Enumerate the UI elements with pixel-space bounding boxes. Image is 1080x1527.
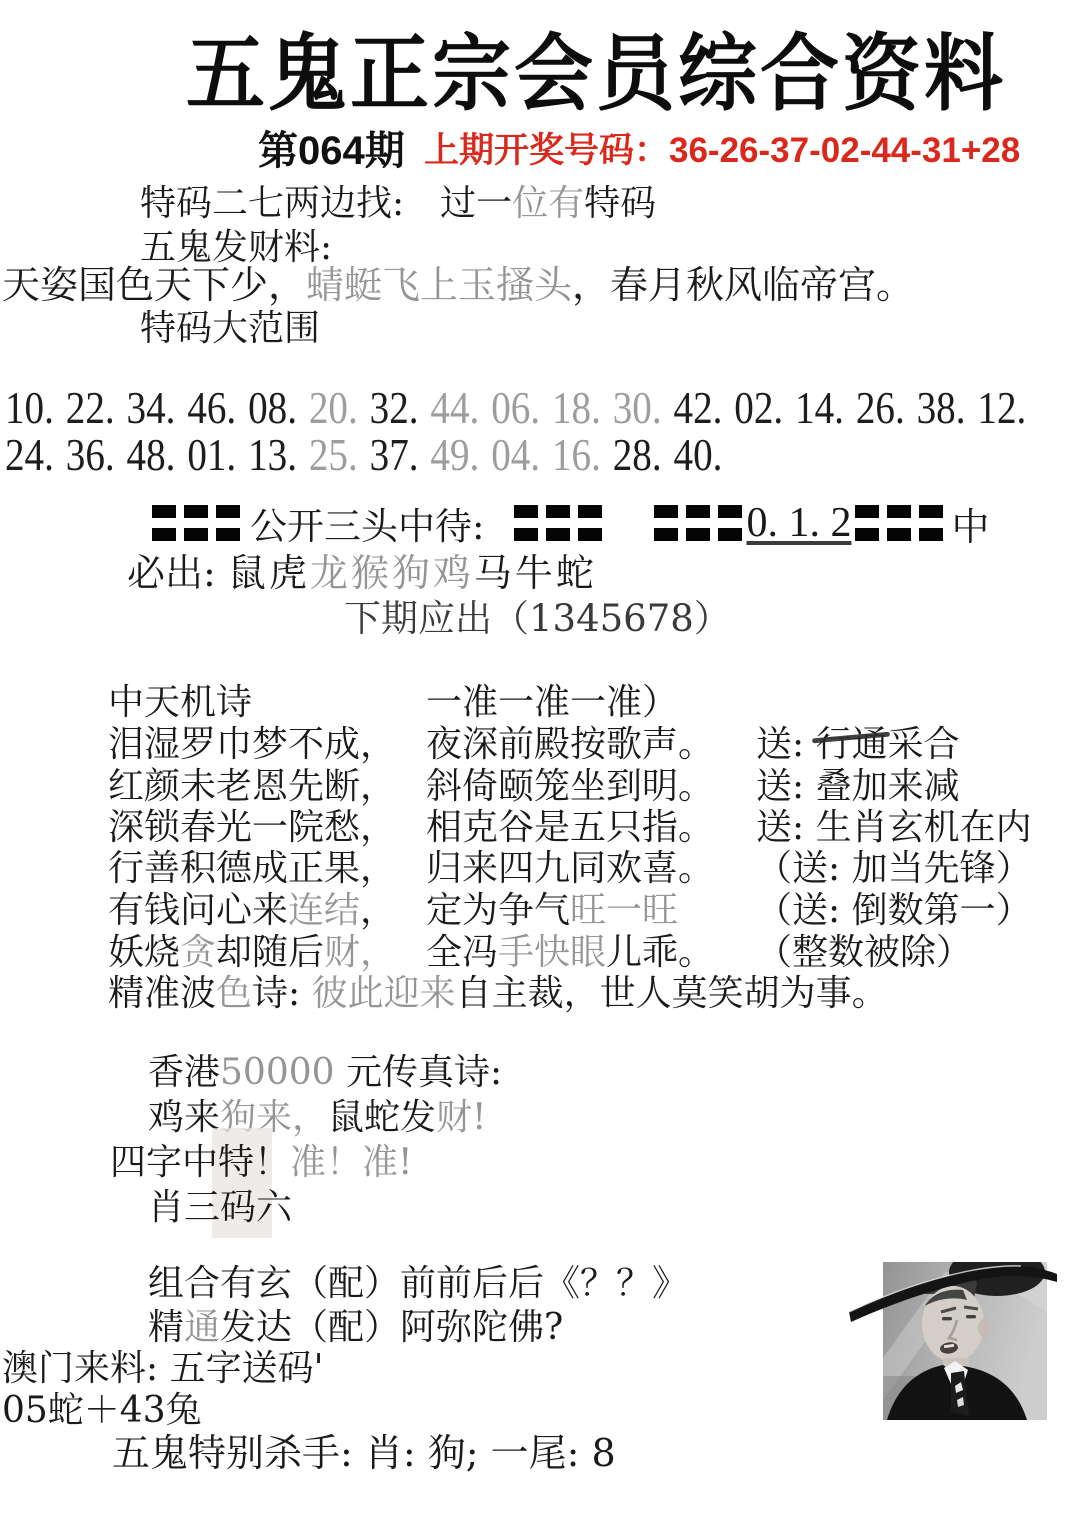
special-code-hint-line: 特码二七两边找: 过一位有特码 — [140, 184, 656, 224]
poem-title: 中天机诗 — [108, 683, 426, 723]
poem-line-mid: 相克谷是五只指。 — [426, 808, 756, 848]
poem-line: 泪湿罗巾梦不成，夜深前殿按歌声。送: 行通采合 — [108, 725, 960, 765]
poem-line-mid: 定为争气旺一旺 — [426, 891, 756, 931]
poem-accuracy-note: 一准一准一准） — [426, 682, 678, 723]
heads-label: 公开三头中待: — [250, 496, 484, 550]
triple-bar-icon — [514, 505, 602, 541]
poem-line: 红颜未老恩先断，斜倚颐笼坐到明。送: 叠加来减 — [108, 767, 960, 807]
macau-codes-line: 05蛇＋43兔 — [2, 1391, 202, 1431]
must-appear-line: 必出: 鼠虎龙猴狗鸡马牛蛇 — [127, 552, 597, 595]
must-appear-zodiacs: 鼠虎龙猴狗鸡马牛蛇 — [228, 551, 597, 595]
poem-line: 行善积德成正果，归来四九同欢喜。（送: 加当先锋） — [108, 849, 1032, 889]
heads-digits: 0. 1. 2 — [746, 499, 851, 547]
poem-line-left: 红颜未老恩先断， — [108, 767, 426, 807]
poem-line-mid: 归来四九同欢喜。 — [426, 849, 756, 889]
poem-line: 妖烧贪却随后财，全冯手快眼儿乖。（整数被除） — [108, 933, 972, 973]
wealth-poem-line: 天姿国色天下少，蜻蜓飞上玉搔头，春月秋风临帝宫。 — [2, 264, 914, 307]
issue-number: 第064期 — [258, 119, 405, 176]
poem-line-mid: 斜倚颐笼坐到明。 — [426, 767, 756, 807]
poem-line-gift: 送: 生肖玄机在内 — [756, 807, 1032, 848]
open-three-heads-line: 公开三头中待: 0. 1. 2 中 — [152, 500, 989, 546]
poem-line-mid: 夜深前殿按歌声。 — [426, 725, 756, 765]
four-char-hit-line: 四字中特！准！准! — [110, 1143, 412, 1183]
must-appear-label: 必出: — [127, 551, 228, 595]
combo-line-1: 组合有玄（配）前前后后《？？》 — [148, 1264, 688, 1304]
page-title: 五鬼正宗会员综合资料 — [186, 6, 1006, 127]
poem-line-left: 行善积德成正果， — [108, 849, 426, 889]
big-range-label: 特码大范围 — [140, 309, 320, 349]
poem-line-gift: （整数被除） — [756, 932, 972, 973]
poem-title-line: 中天机诗一准一准一准） — [108, 683, 678, 723]
three-zodiac-six-codes-line: 肖三码六 — [148, 1188, 292, 1228]
triple-bar-icon — [654, 505, 742, 541]
color-wave-poem-line: 精准波色诗: 彼此迎来自主裁，世人莫笑胡为事。 — [108, 974, 888, 1014]
combo-line-2: 精通发达（配）阿弥陀佛? — [148, 1308, 563, 1348]
poem-line-gift: （送: 加当先锋） — [756, 848, 1032, 889]
number-row-1: 10.22.34.46.08.20.32.44.06.18.30.42.02.1… — [5, 381, 1026, 434]
last-draw-numbers: 上期开奖号码：36-26-37-02-44-31+28 — [424, 123, 1020, 173]
poem-line-gift: （送: 倒数第一） — [756, 890, 1032, 931]
poem-line-gift: 送: 行通采合 — [756, 724, 960, 765]
poem-line-mid: 全冯手快眼儿乖。 — [426, 933, 756, 973]
special-killer-line: 五鬼特别杀手: 肖: 狗; 一尾: 8 — [112, 1432, 616, 1475]
number-row-2: 24.36.48.01.13.25.37.49.04.16.28.40. — [5, 428, 722, 481]
poem-line-left: 泪湿罗巾梦不成， — [108, 725, 426, 765]
hk-fax-title: 香港50000 元传真诗: — [148, 1053, 502, 1093]
poem-line-gift: 送: 叠加来减 — [756, 766, 960, 807]
triple-bar-icon — [152, 505, 240, 541]
man-in-hat-photo — [845, 1248, 1065, 1433]
poem-line-left: 妖烧贪却随后财， — [108, 933, 426, 973]
hk-fax-poem: 鸡来狗来，鼠蛇发财! — [148, 1098, 487, 1138]
poem-line-left: 深锁春光一院愁， — [108, 808, 426, 848]
poem-line: 有钱问心来连结，定为争气旺一旺（送: 倒数第一） — [108, 891, 1032, 931]
poem-line-left: 有钱问心来连结， — [108, 891, 426, 931]
poem-line: 深锁春光一院愁，相克谷是五只指。送: 生肖玄机在内 — [108, 808, 1032, 848]
next-issue-line: 下期应出（1345678） — [344, 598, 731, 639]
triple-bar-icon — [855, 505, 943, 541]
macau-material-line: 澳门来料: 五字送码' — [2, 1349, 323, 1389]
heads-hit-suffix: 中 — [951, 496, 989, 551]
lottery-tip-sheet: 五鬼正宗会员综合资料 第064期 上期开奖号码：36-26-37-02-44-3… — [0, 0, 1080, 1527]
